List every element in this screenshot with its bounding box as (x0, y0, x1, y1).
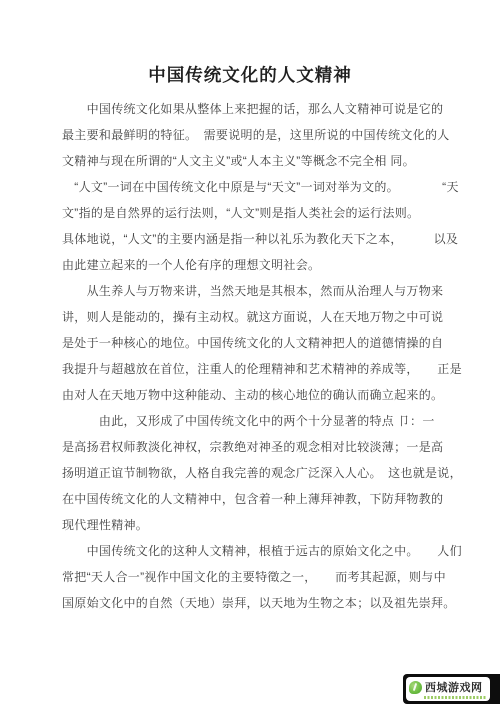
body-line: 由对人在天地万物中这种能动、主动的核心地位的确认而确立起来的。 (62, 382, 454, 408)
body-line: “人文”一词在中国传统文化中原是与“天文”一词对举为文的。 “天 (62, 174, 454, 200)
body-line: 最主要和最鲜明的特征。 需要说明的是，这里所说的中国传统文化的人 (62, 122, 454, 148)
watermark-tagline-stripe (424, 696, 486, 699)
body-line: 由此建立起来的一个人伦有序的理想文明社会。 (62, 252, 454, 278)
watermark: 西城游戏网 (403, 674, 500, 704)
body-line: 在中国传统文化的人文精神中，包含着一种上薄拜神教，下防拜物教的 (62, 486, 454, 512)
body-line: 文精神与现在所谓的“人文主义”或“人本主义”等概念不完全相 同。 (62, 148, 454, 174)
leaf-icon (409, 681, 422, 694)
page-title: 中国传统文化的人文精神 (0, 62, 500, 87)
watermark-row: 西城游戏网 (409, 679, 486, 695)
document-page: 中国传统文化的人文精神 中国传统文化如果从整体上来把握的话，那么人文精神可说是它… (0, 0, 500, 708)
body-line: 从生养人与万物来讲，当然天地是其根本，然而从治理人与万物来 (62, 278, 454, 304)
body-line: 由此，又形成了中国传统文化中的两个十分显著的特点 卩：一 (62, 408, 454, 434)
watermark-site-name: 西城游戏网 (425, 679, 483, 695)
body-line: 常把“天人合一”视作中国文化的主要特徵之一， 而考其起源，则与中 (62, 564, 454, 590)
body-line: 中国传统文化的这种人文精神，根植于远古的原始文化之中。 人们 (62, 538, 454, 564)
body-line: 现代理性精神。 (62, 512, 454, 538)
body-line: 扬明道正谊节制物欲，人格自我完善的观念广泛深入人心。 这也就是说， (62, 460, 454, 486)
body-line: 文”指的是自然界的运行法则，“人文”则是指人类社会的运行法则。 (62, 200, 454, 226)
body-text: 中国传统文化如果从整体上来把握的话，那么人文精神可说是它的最主要和最鲜明的特征。… (62, 96, 454, 616)
body-line: 讲，则人是能动的，操有主动权。就这方面说，人在天地万物之中可说 (62, 304, 454, 330)
body-line: 我提升与超越放在首位，注重人的伦理精神和艺术精神的养成等， 正是 (62, 356, 454, 382)
body-line: 具体地说，“人文”的主要内涵是指一种以礼乐为教化天下之本， 以及 (62, 226, 454, 252)
body-line: 国原始文化中的自然（天地）崇拜，以天地为生物之本；以及祖先崇拜。 (62, 590, 454, 616)
watermark-badge: 西城游戏网 (406, 677, 490, 701)
body-line: 是高扬君权师教淡化神权，宗教绝对神圣的观念相对比较淡薄；一是高 (62, 434, 454, 460)
body-line: 是处于一种核心的地位。中国传统文化的人文精神把人的道德情操的自 (62, 330, 454, 356)
body-line: 中国传统文化如果从整体上来把握的话，那么人文精神可说是它的 (62, 96, 454, 122)
